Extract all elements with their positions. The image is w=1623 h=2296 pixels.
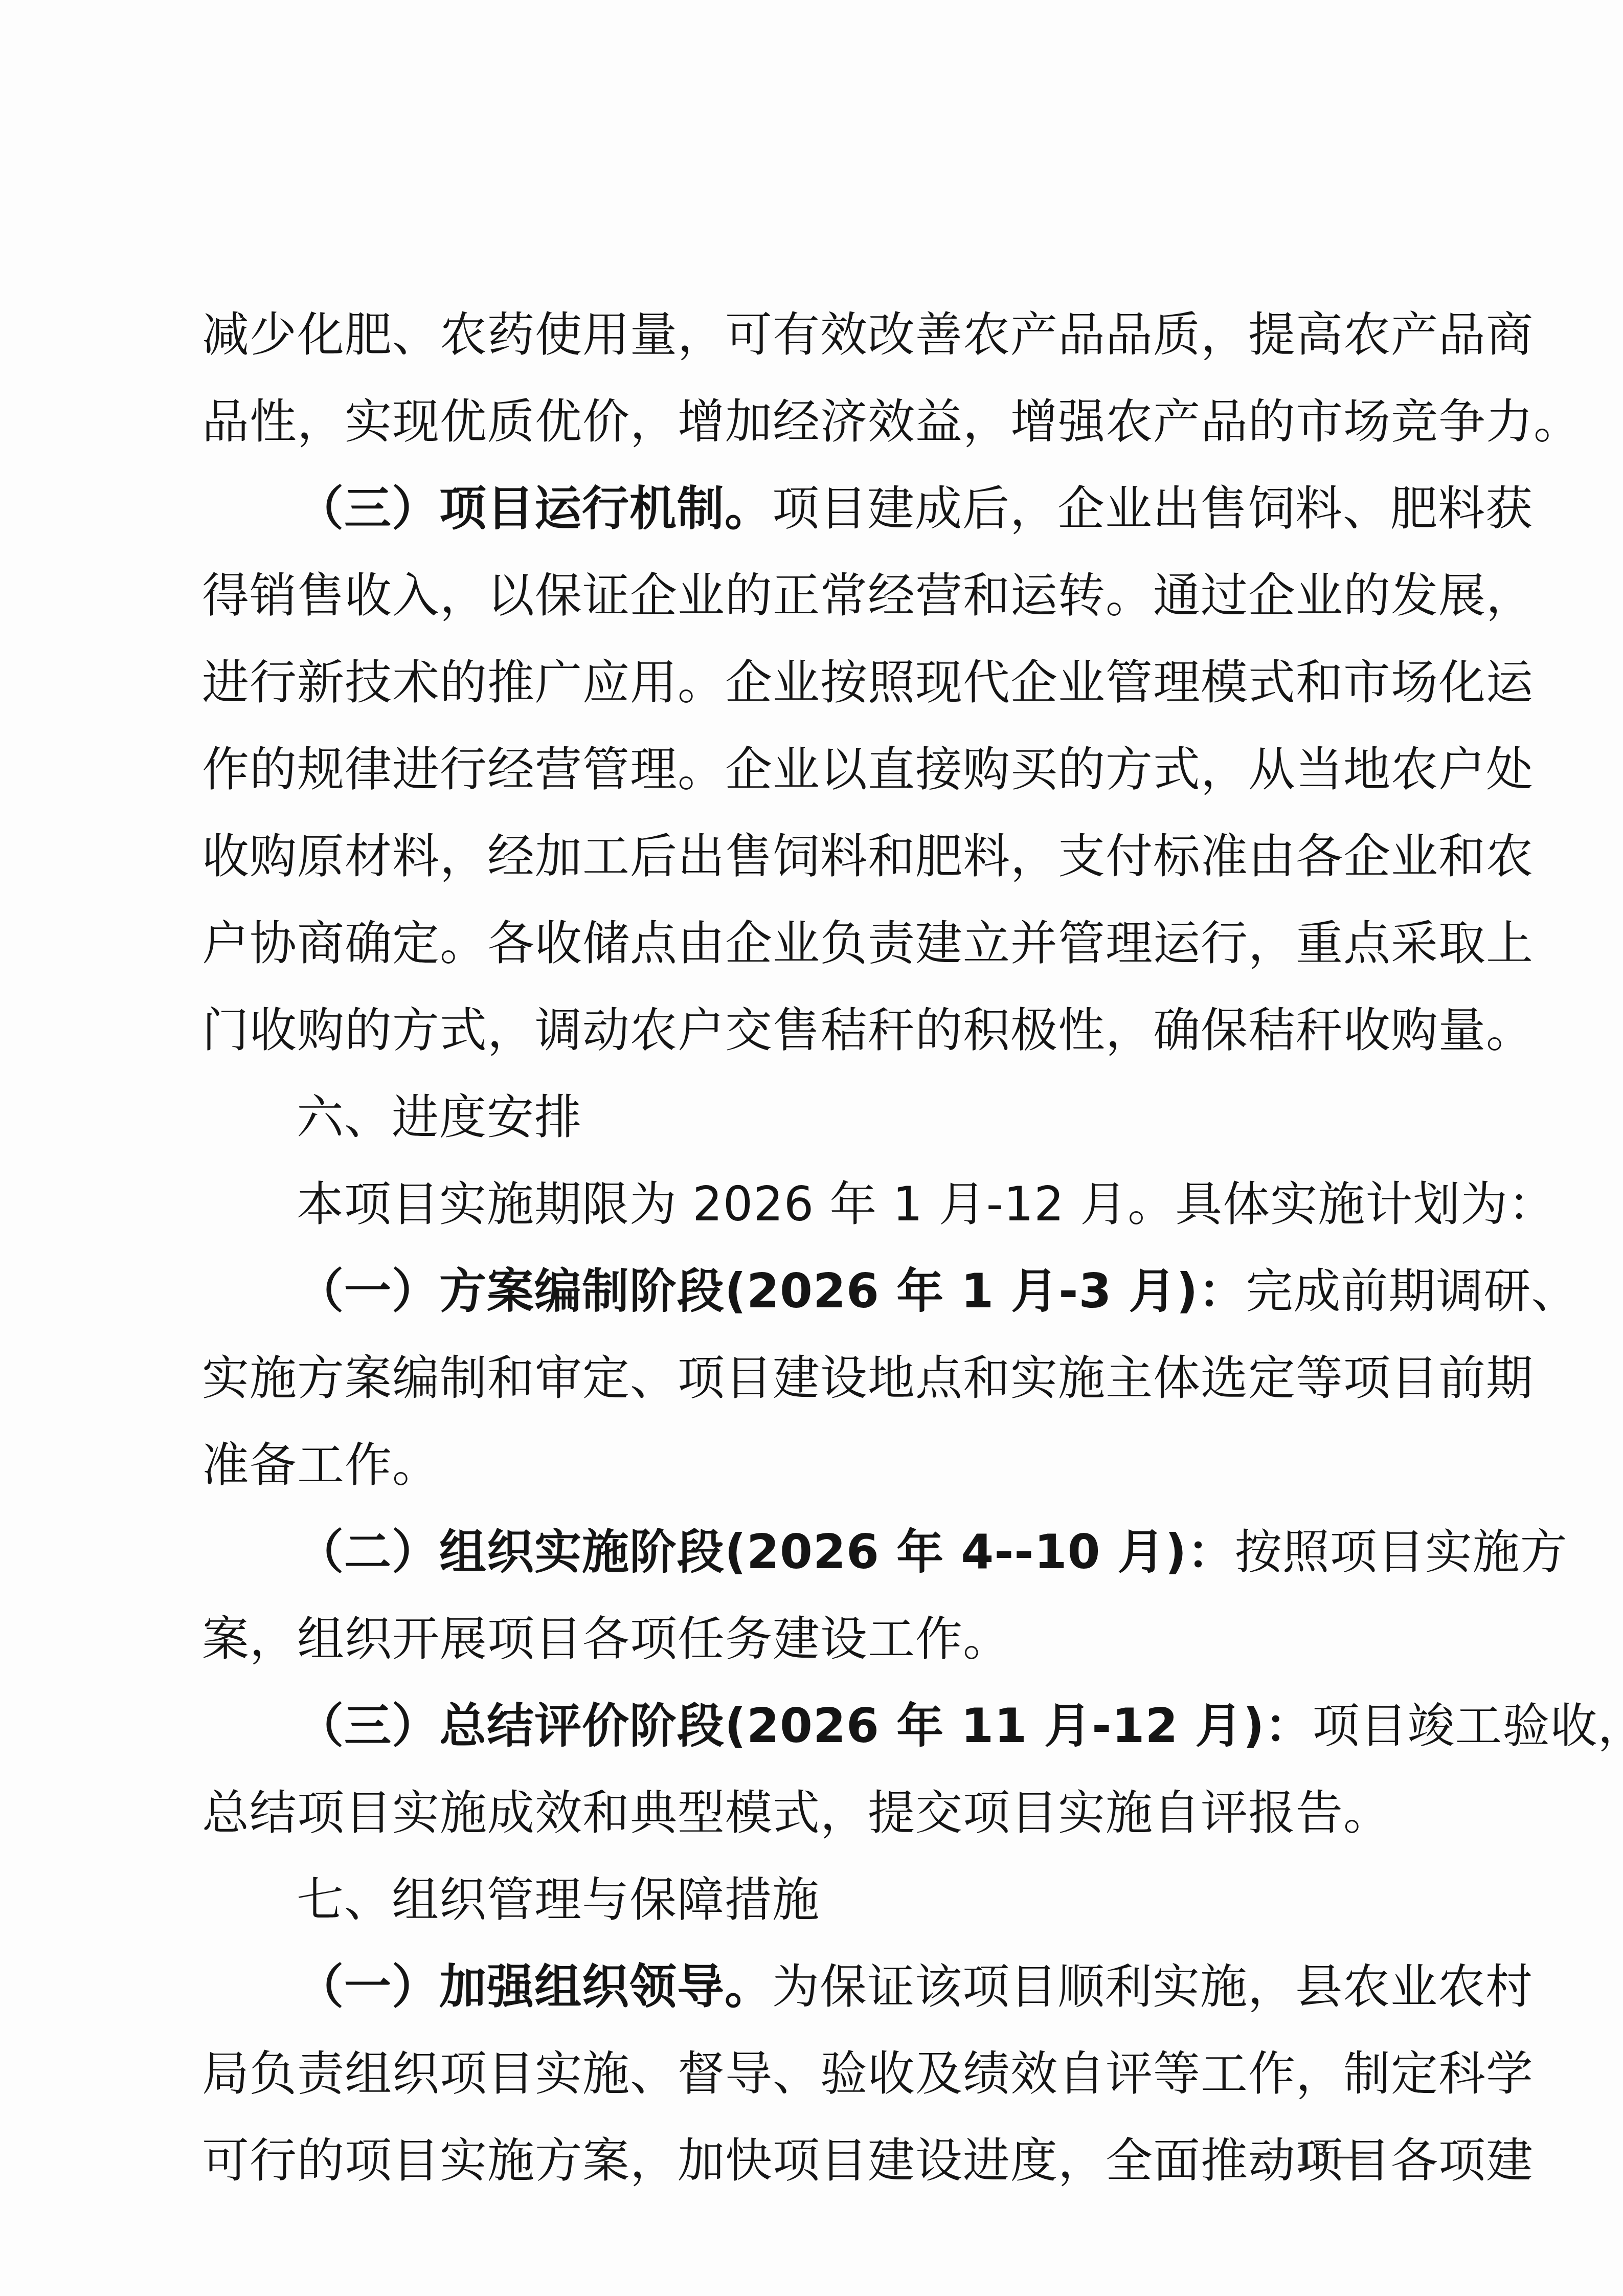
paragraph-line: 准备工作。 xyxy=(202,1422,1424,1509)
subsection-title: （二）组织实施阶段(2026 年 4--10 月)： xyxy=(297,1525,1235,1579)
paragraph-line: 收购原材料，经加工后出售饲料和肥料，支付标准由各企业和农 xyxy=(202,813,1424,900)
paragraph-line: 案，组织开展项目各项任务建设工作。 xyxy=(202,1596,1424,1683)
subsection-title: （一）加强组织领导。 xyxy=(297,1959,772,2014)
section-heading: 七、组织管理与保障措施 xyxy=(202,1857,1424,1944)
paragraph-line: 实施方案编制和审定、项目建设地点和实施主体选定等项目前期 xyxy=(202,1335,1424,1422)
paragraph-line: 品性，实现优质优价，增加经济效益，增强农产品的市场竞争力。 xyxy=(202,378,1424,465)
paragraph-line: 本项目实施期限为 2026 年 1 月-12 月。具体实施计划为： xyxy=(202,1161,1424,1248)
paragraph-line: （三）项目运行机制。项目建成后，企业出售饲料、肥料获 xyxy=(202,465,1424,552)
paragraph-line: （二）组织实施阶段(2026 年 4--10 月)：按照项目实施方 xyxy=(202,1509,1424,1596)
paragraph-line: 可行的项目实施方案，加快项目建设进度，全面推动项目各项建 xyxy=(202,2117,1424,2204)
paragraph-text: 项目建成后，企业出售饲料、肥料获 xyxy=(772,481,1533,536)
section-heading: 六、进度安排 xyxy=(202,1074,1424,1161)
paragraph-line: （三）总结评价阶段(2026 年 11 月-12 月)：项目竣工验收， xyxy=(202,1683,1424,1770)
paragraph-line: （一）加强组织领导。为保证该项目顺利实施，县农业农村 xyxy=(202,1944,1424,2031)
paragraph-line: 局负责组织项目实施、督导、验收及绩效自评等工作，制定科学 xyxy=(202,2031,1424,2117)
paragraph-line: （一）方案编制阶段(2026 年 1 月-3 月)：完成前期调研、 xyxy=(202,1248,1424,1335)
subsection-title: （一）方案编制阶段(2026 年 1 月-3 月)： xyxy=(297,1264,1246,1319)
paragraph-text: 项目竣工验收， xyxy=(1313,1699,1623,1753)
paragraph-line: 得销售收入，以保证企业的正常经营和运转。通过企业的发展， xyxy=(202,552,1424,639)
document-page: 减少化肥、农药使用量，可有效改善农产品品质，提高农产品商 品性，实现优质优价，增… xyxy=(0,0,1623,2296)
paragraph-text: 按照项目实施方 xyxy=(1235,1525,1568,1579)
paragraph-line: 户协商确定。各收储点由企业负责建立并管理运行，重点采取上 xyxy=(202,900,1424,987)
paragraph-text: 完成前期调研、 xyxy=(1246,1264,1579,1319)
subsection-title: （三）总结评价阶段(2026 年 11 月-12 月)： xyxy=(297,1699,1313,1753)
page-number: — 13 — xyxy=(1253,2135,1371,2174)
paragraph-text: 为保证该项目顺利实施，县农业农村 xyxy=(772,1959,1533,2014)
paragraph-line: 减少化肥、农药使用量，可有效改善农产品品质，提高农产品商 xyxy=(202,292,1424,378)
paragraph-line: 总结项目实施成效和典型模式，提交项目实施自评报告。 xyxy=(202,1770,1424,1857)
paragraph-line: 作的规律进行经营管理。企业以直接购买的方式，从当地农户处 xyxy=(202,726,1424,813)
paragraph-line: 进行新技术的推广应用。企业按照现代企业管理模式和市场化运 xyxy=(202,639,1424,726)
document-body: 减少化肥、农药使用量，可有效改善农产品品质，提高农产品商 品性，实现优质优价，增… xyxy=(202,292,1424,2204)
subsection-title: （三）项目运行机制。 xyxy=(297,481,772,536)
paragraph-line: 门收购的方式，调动农户交售秸秆的积极性，确保秸秆收购量。 xyxy=(202,987,1424,1074)
